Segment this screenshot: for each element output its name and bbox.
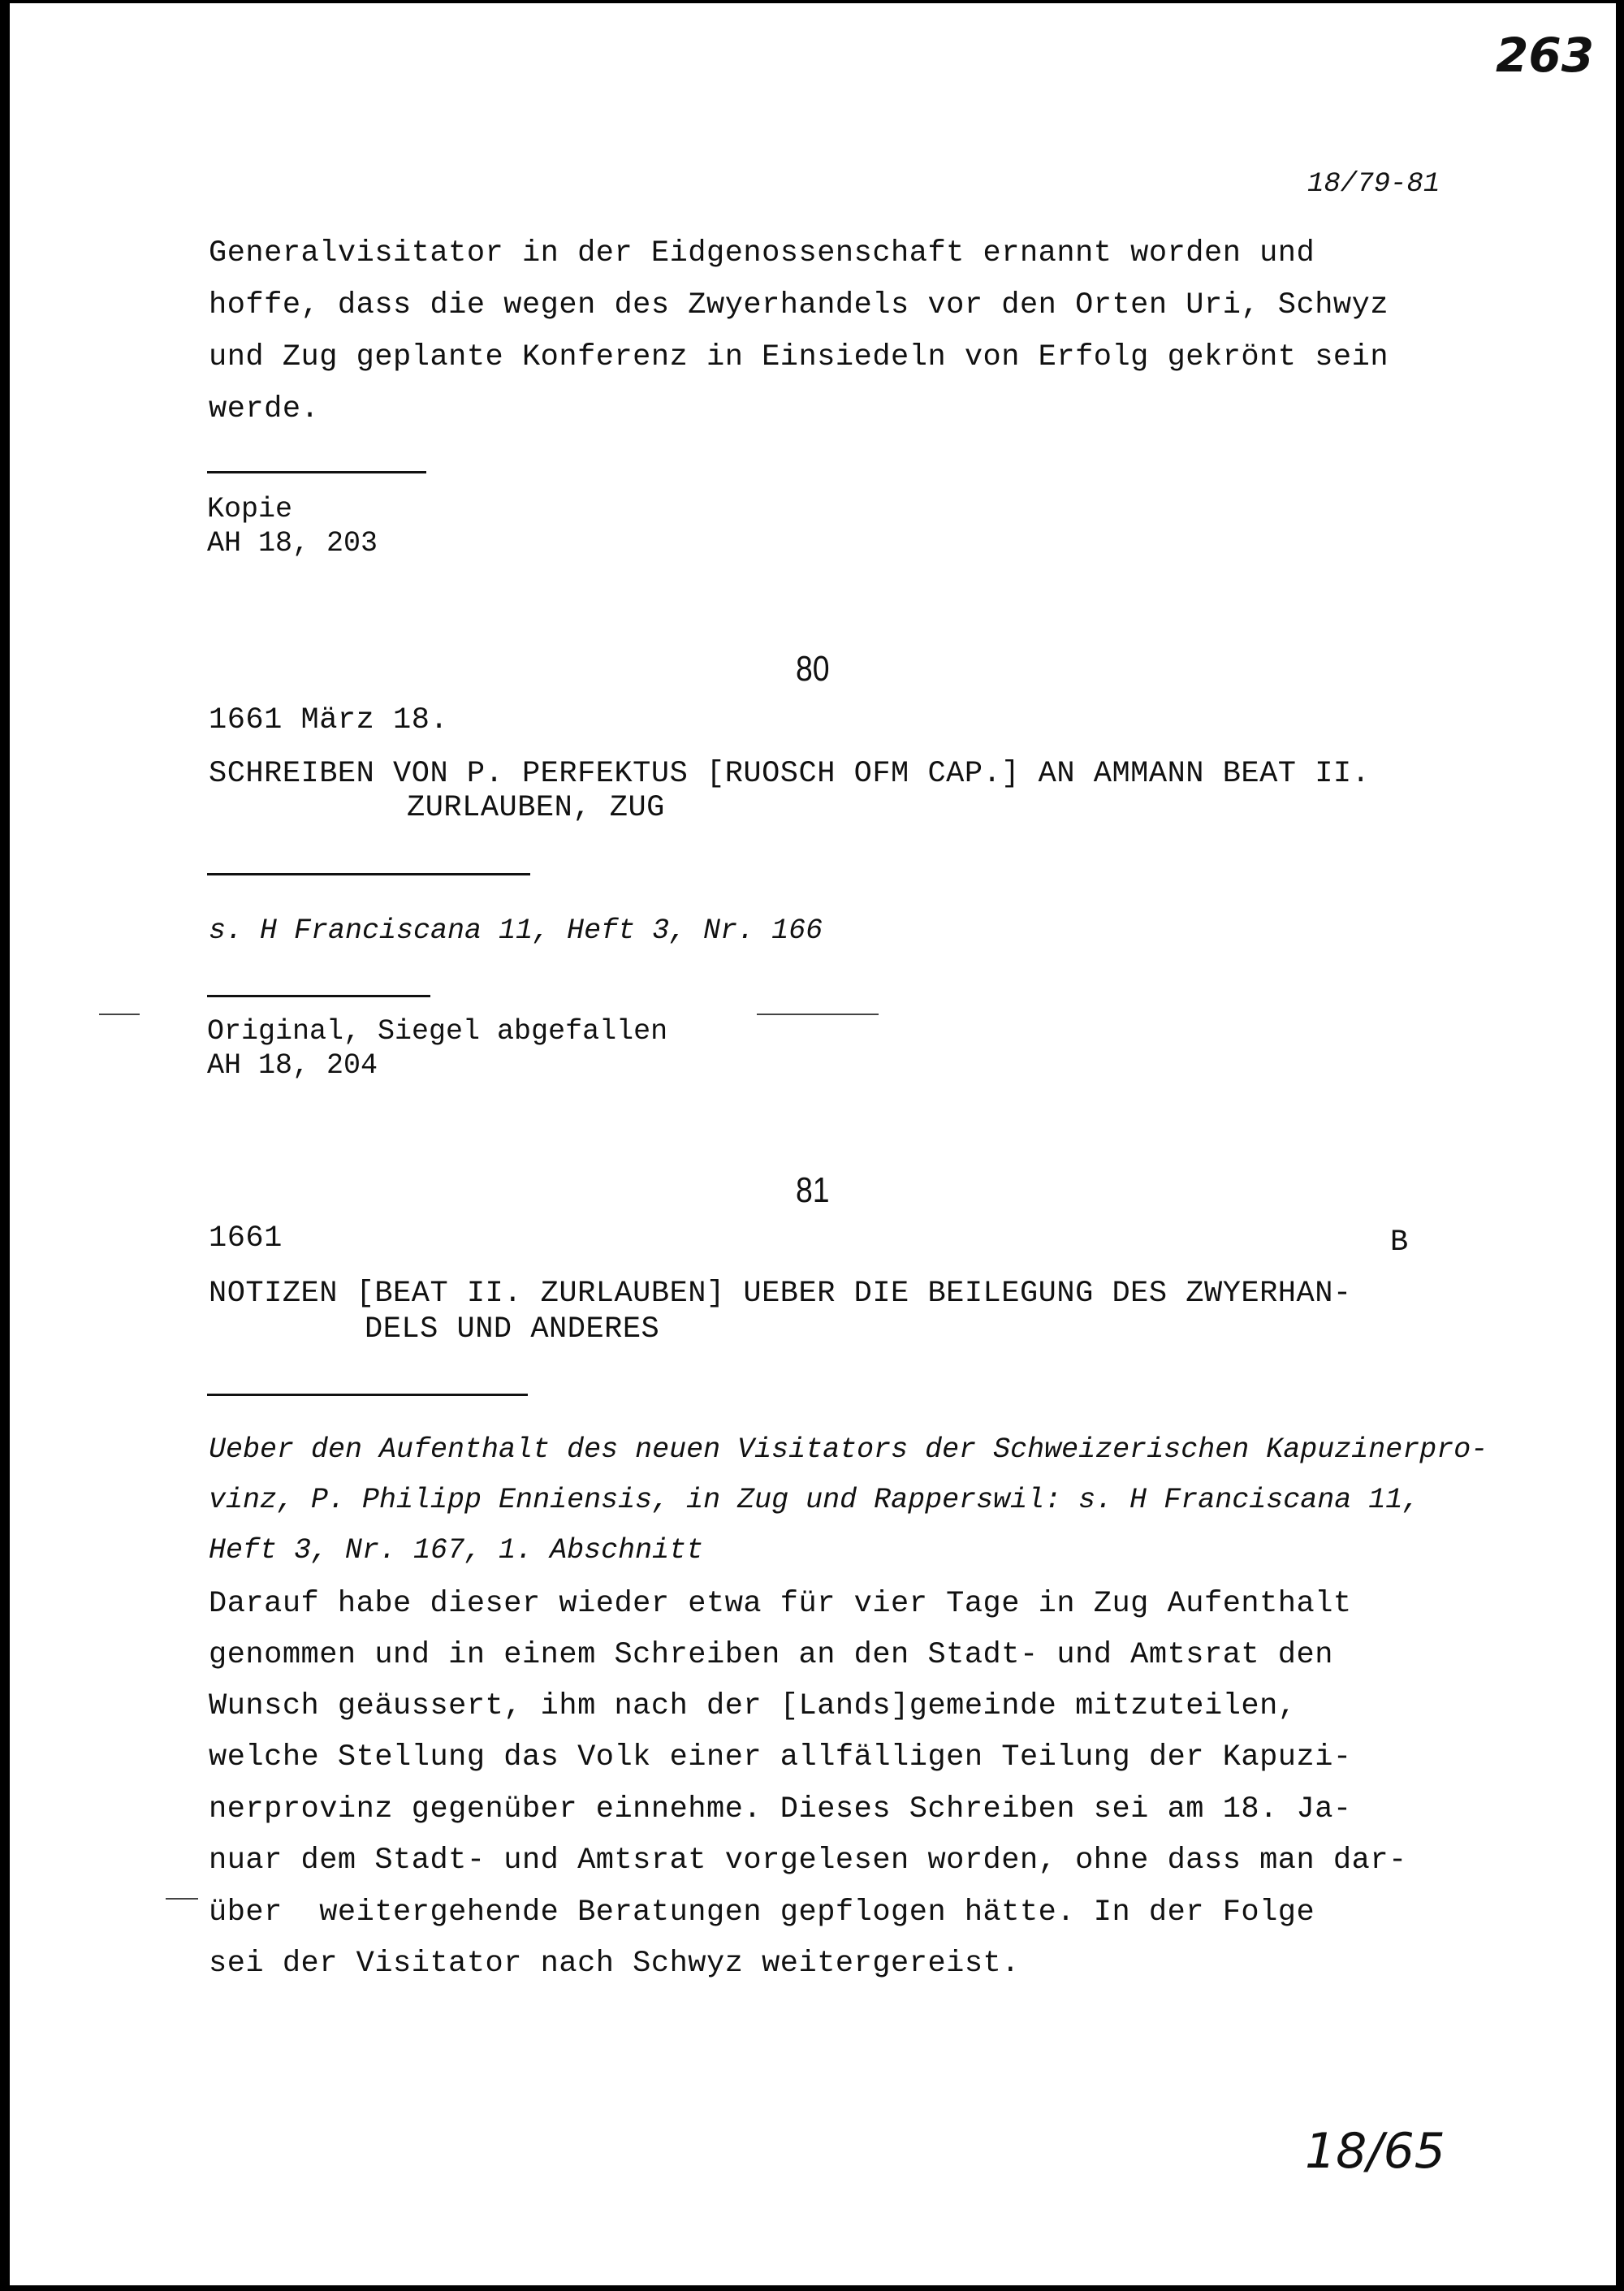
divider-rule: [207, 995, 430, 997]
body-line: nerprovinz gegenüber einnehme. Dieses Sc…: [209, 1792, 1352, 1826]
entry-date: 1661: [209, 1221, 283, 1256]
source-type: Original, Siegel abgefallen: [207, 1015, 667, 1048]
running-reference: 18/79-81: [1307, 169, 1440, 200]
entry-date: 1661 März 18.: [209, 703, 448, 737]
body-line: welche Stellung das Volk einer allfällig…: [209, 1740, 1352, 1774]
editorial-note-line: vinz, P. Philipp Enniensis, in Zug und R…: [209, 1484, 1419, 1516]
continuation-line: und Zug geplante Konferenz in Einsiedeln…: [209, 340, 1389, 374]
body-line: Darauf habe dieser wieder etwa für vier …: [209, 1587, 1352, 1621]
body-line: Wunsch geäussert, ihm nach der [Lands]ge…: [209, 1689, 1297, 1723]
editorial-note-line: Heft 3, Nr. 167, 1. Abschnitt: [209, 1534, 703, 1567]
continuation-line: hoffe, dass die wegen des Zwyerhandels v…: [209, 288, 1389, 322]
scan-artifact: [166, 1898, 198, 1900]
continuation-line: werde.: [209, 392, 319, 426]
cross-reference: s. H Franciscana 11, Heft 3, Nr. 166: [209, 914, 823, 947]
document-page: 263 18/79-81 Generalvisitator in der Eid…: [10, 3, 1616, 2285]
scan-artifact: [99, 1014, 140, 1015]
source-type: Kopie: [207, 493, 292, 525]
continuation-line: Generalvisitator in der Eidgenossenschaf…: [209, 236, 1315, 270]
source-reference: AH 18, 203: [207, 527, 378, 560]
body-line: sei der Visitator nach Schwyz weitergere…: [209, 1947, 1020, 1981]
body-line: genommen und in einem Schreiben an den S…: [209, 1638, 1333, 1672]
handwritten-archive-number: 18/65: [1305, 2123, 1445, 2180]
editorial-note-line: Ueber den Aufenthalt des neuen Visitator…: [209, 1433, 1488, 1466]
entry-title: SCHREIBEN VON P. PERFEKTUS [RUOSCH OFM C…: [209, 757, 1370, 791]
body-line: nuar dem Stadt- und Amtsrat vorgelesen w…: [209, 1844, 1407, 1878]
entry-title-continued: ZURLAUBEN, ZUG: [407, 791, 665, 825]
source-reference: AH 18, 204: [207, 1049, 378, 1082]
entry-number: 81: [796, 1170, 830, 1211]
scan-artifact: [757, 1014, 879, 1015]
divider-rule: [207, 471, 426, 473]
entry-title-continued: DELS UND ANDERES: [365, 1312, 659, 1347]
entry-title: NOTIZEN [BEAT II. ZURLAUBEN] UEBER DIE B…: [209, 1277, 1352, 1311]
divider-rule: [207, 1394, 528, 1396]
entry-number: 80: [796, 649, 830, 689]
body-line: über weitergehende Beratungen gepflogen …: [209, 1895, 1315, 1930]
divider-rule: [207, 873, 530, 875]
handwritten-page-number: 263: [1496, 28, 1594, 83]
archive-marker: B: [1390, 1225, 1409, 1260]
